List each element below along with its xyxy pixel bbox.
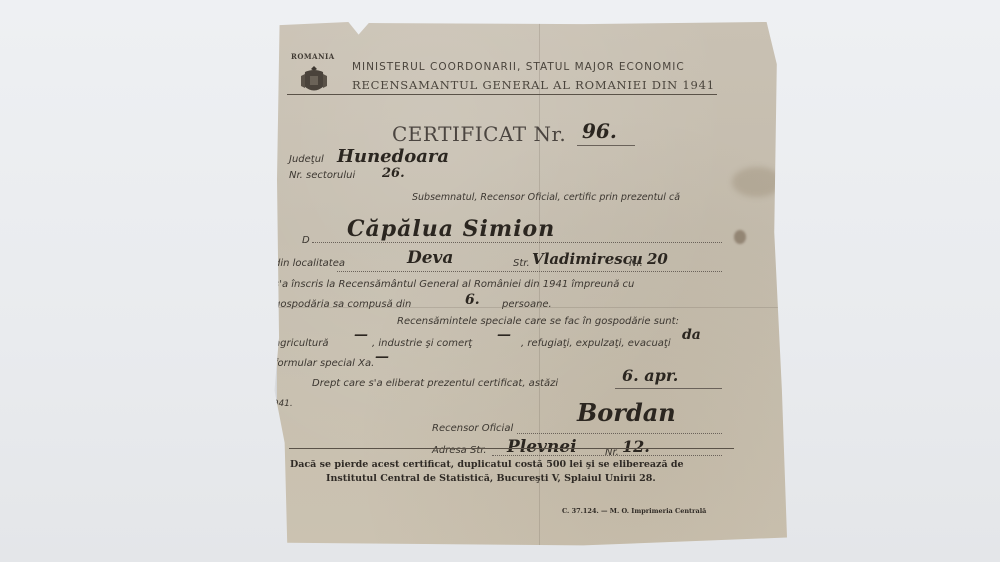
certificate-title: CERTIFICAT Nr.: [392, 122, 566, 146]
street-label: Str.: [513, 258, 530, 269]
issued-date-value: 6. apr.: [622, 366, 678, 385]
issued-text: Drept care s'a eliberat prezentul certif…: [312, 378, 558, 389]
industry-label: , industrie şi comerţ: [372, 338, 472, 349]
person-prefix-label: D: [302, 235, 310, 246]
county-value: Hunedoara: [337, 146, 449, 167]
year-label: 1941.: [267, 399, 293, 409]
locality-line: [337, 270, 722, 272]
street-nr-label: Nr.: [629, 258, 643, 269]
date-line: [615, 388, 722, 389]
special-form-value: —: [375, 349, 389, 365]
ink-stain: [734, 230, 746, 244]
country-label: ROMANIA: [291, 52, 335, 61]
census-header: RECENSAMANTUL GENERAL AL ROMANIEI DIN 19…: [352, 78, 715, 92]
address-line: [492, 454, 722, 456]
persons-label: persoane.: [502, 299, 552, 310]
printer-mark: C. 37.124. — M. O. Imprimeria Centrală: [562, 507, 706, 515]
sector-value: 26.: [382, 166, 405, 181]
agriculture-value: —: [354, 327, 368, 343]
refugees-label: , refugiaţi, expulzaţi, evacuaţi: [521, 338, 671, 349]
household-value: 6.: [465, 292, 480, 308]
street-value: Vladimirescu: [532, 250, 643, 268]
county-label: Judeţul: [289, 154, 324, 165]
signature-line: [517, 432, 722, 434]
ministry-header: MINISTERUL COORDONARII, STATUL MAJOR ECO…: [352, 61, 685, 73]
intro-text: Subsemnatul, Recensor Oficial, certific …: [412, 192, 680, 203]
special-census-text: Recensămintele speciale care se fac în g…: [397, 316, 679, 327]
certificate-number-line: [577, 145, 635, 146]
address-label: Adresa Str.: [432, 445, 487, 456]
locality-label: din localitatea: [274, 258, 345, 269]
refugees-value: da: [682, 327, 701, 343]
name-line: [312, 241, 722, 243]
person-name-value: Căpălua Simion: [347, 216, 555, 242]
street-nr-value: 20: [647, 250, 668, 268]
footer-notice-line1: Dacă se pierde acest certificat, duplica…: [290, 459, 684, 470]
header-divider: [287, 94, 717, 95]
inscribed-text: s'a înscris la Recensământul General al …: [274, 279, 634, 290]
agriculture-label: agricultură: [274, 338, 328, 349]
certificate-number: 96.: [582, 119, 617, 143]
footer-divider: [289, 448, 734, 449]
water-stain: [732, 167, 782, 197]
coat-of-arms-icon: [299, 64, 329, 96]
recensor-label: Recensor Oficial: [432, 423, 513, 434]
recensor-signature: Bordan: [577, 398, 676, 427]
locality-value: Deva: [407, 248, 453, 268]
special-form-label: formular special Xa.: [274, 358, 374, 369]
industry-value: —: [497, 327, 511, 343]
sector-label: Nr. sectorului: [289, 170, 355, 181]
footer-notice-line2: Institutul Central de Statistică, Bucure…: [326, 473, 656, 484]
census-certificate-document: ROMANIA MINISTERUL COORDONARII, STATUL M…: [277, 22, 787, 548]
household-label: gospodăria sa compusă din: [274, 299, 411, 310]
